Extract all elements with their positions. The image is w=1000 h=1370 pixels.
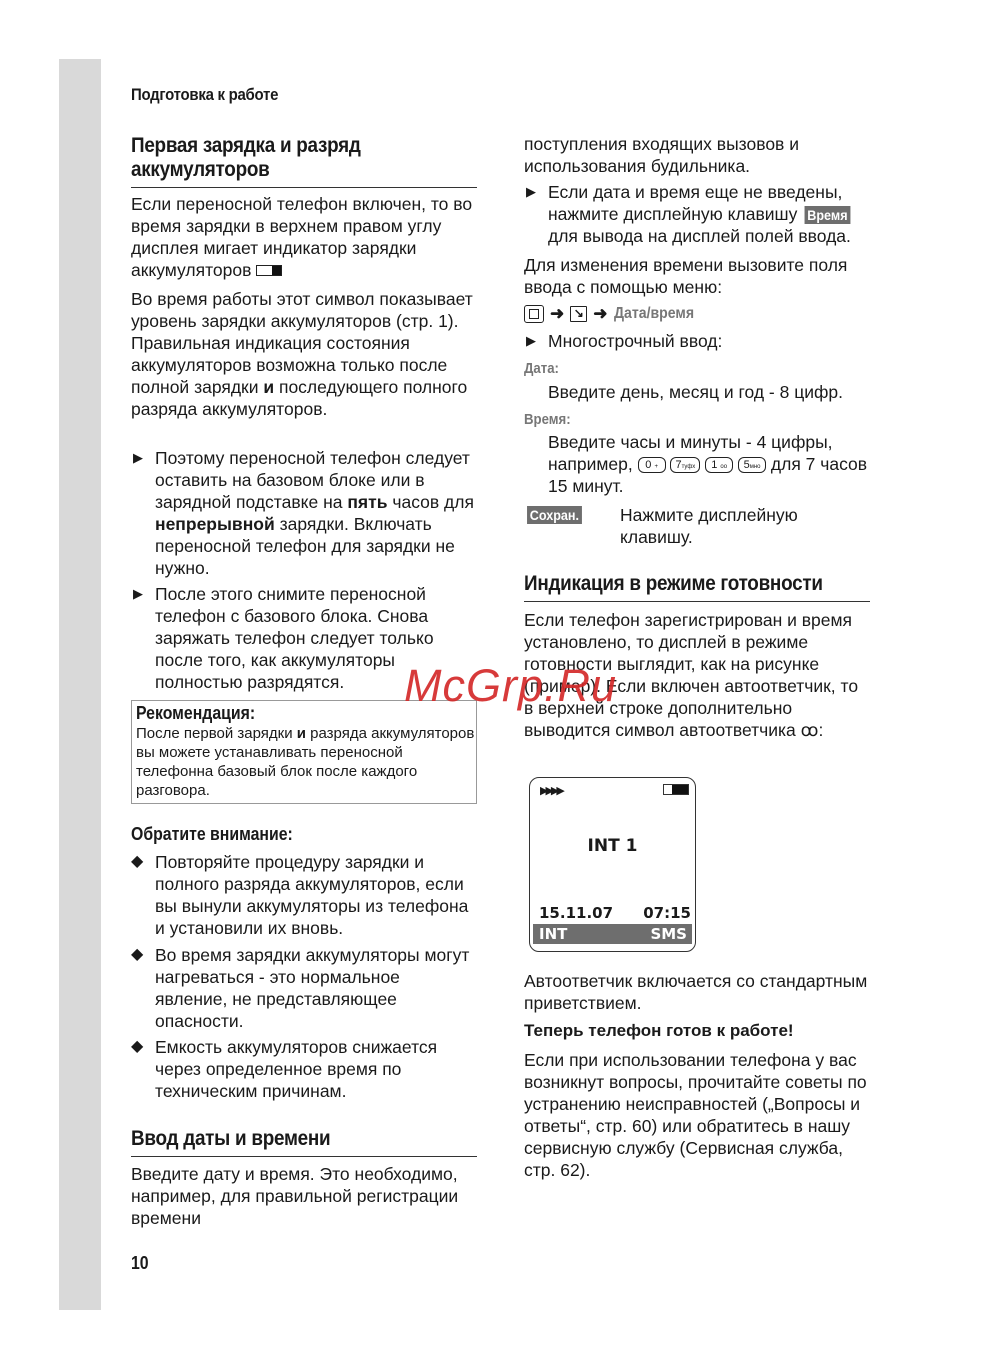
settings-tool-icon[interactable]: ↘ <box>570 306 587 322</box>
paragraph-date-time-intro: Введите дату и время. Это необходимо, на… <box>131 1163 477 1229</box>
key-1: 1 oo <box>705 457 733 473</box>
paragraph-help: Если при использовании телефона у вас во… <box>524 1049 870 1181</box>
key-0: 0 + <box>638 457 666 473</box>
arrow-right-icon: ➜ <box>593 304 607 324</box>
note-title: Обратите внимание: <box>131 824 293 845</box>
paragraph-answering-machine: Автоответчик включается со стандартным п… <box>524 970 870 1014</box>
diamond-bullet-icon: ◆ <box>131 944 143 966</box>
triangle-bullet-icon: ▶ <box>133 447 143 469</box>
recommendation-box: Рекомендация: После первой зарядки и раз… <box>131 700 477 804</box>
handset-name: INT 1 <box>530 836 695 856</box>
paragraph-menu-intro: Для изменения времени вызовите поля ввод… <box>524 254 870 298</box>
ready-statement: Теперь телефон готов к работе! <box>524 1020 870 1042</box>
softkey-save[interactable]: Сохран. <box>527 506 582 524</box>
section-header: Подготовка к работе <box>131 85 278 105</box>
softkey-time[interactable]: Время <box>805 206 851 224</box>
paragraph-battery-level: Во время работы этот символ показывает у… <box>131 288 477 420</box>
heading-date-time: Ввод даты и времени <box>131 1127 477 1157</box>
list-item: ▶ Если дата и время еще не введены, нажм… <box>524 181 870 247</box>
heading-first-charge: Первая зарядка и разрядаккумуляторов <box>131 134 477 188</box>
save-instructions: Нажмите дисплейную клавишу. <box>620 504 820 548</box>
signal-strength-icon: ▶▶▶▶ <box>540 784 562 797</box>
paragraph-charging-indicator: Если переносной телефон включен, то во в… <box>131 193 477 281</box>
triangle-bullet-icon: ▶ <box>133 583 143 605</box>
softkey-sms[interactable]: SMS <box>650 925 687 943</box>
save-softkey-wrap: Сохран. <box>524 506 585 525</box>
phone-display-illustration: ▶▶▶▶ INT 1 15.11.07 07:15 INT SMS <box>529 777 696 952</box>
recommendation-text: После первой зарядки и разряда аккумулят… <box>136 724 476 800</box>
diamond-bullet-icon: ◆ <box>131 851 143 873</box>
time-label: Время: <box>524 411 571 428</box>
list-item: ◆ Емкость аккумуляторов снижается через … <box>131 1036 477 1102</box>
triangle-bullet-icon: ▶ <box>526 181 536 203</box>
battery-icon <box>663 784 689 795</box>
softkey-int[interactable]: INT <box>539 925 567 943</box>
recommendation-title: Рекомендация: <box>136 703 255 724</box>
watermark: McGrp.Ru <box>404 660 617 712</box>
key-5: 5мно <box>738 457 766 473</box>
arrow-right-icon: ➜ <box>550 304 564 324</box>
display-softkey-bar: INT SMS <box>533 924 692 944</box>
triangle-bullet-icon: ▶ <box>526 330 536 352</box>
battery-icon <box>256 265 282 276</box>
diamond-bullet-icon: ◆ <box>131 1036 143 1058</box>
list-item: ◆ Повторяйте процедуру зарядки и полного… <box>131 851 477 939</box>
list-item: ◆ Во время зарядки аккумуляторы могут на… <box>131 944 477 1032</box>
menu-path-label[interactable]: Дата/время <box>614 305 694 323</box>
menu-icon[interactable] <box>524 305 544 323</box>
menu-path: ➜ ↘ ➜ Дата/время <box>524 304 704 324</box>
list-item: ▶ Многострочный ввод: <box>524 330 870 352</box>
display-time: 07:15 <box>643 904 691 922</box>
page-margin-bar <box>59 59 101 1310</box>
date-label: Дата: <box>524 360 559 377</box>
key-7: 7туфх <box>670 457 700 473</box>
paragraph-continuation: поступления входящих вызовов и использов… <box>524 133 870 177</box>
display-date: 15.11.07 <box>539 904 613 922</box>
heading-idle-display: Индикация в режиме готовности <box>524 572 870 602</box>
answering-machine-icon: ꝏ <box>801 720 819 740</box>
list-item: ▶ Поэтому переносной телефон следует ост… <box>131 447 477 579</box>
page-number: 10 <box>131 1253 149 1274</box>
date-instructions: Введите день, месяц и год - 8 цифр. <box>548 381 878 403</box>
time-instructions: Введите часы и минуты - 4 цифры, наприме… <box>548 431 878 497</box>
